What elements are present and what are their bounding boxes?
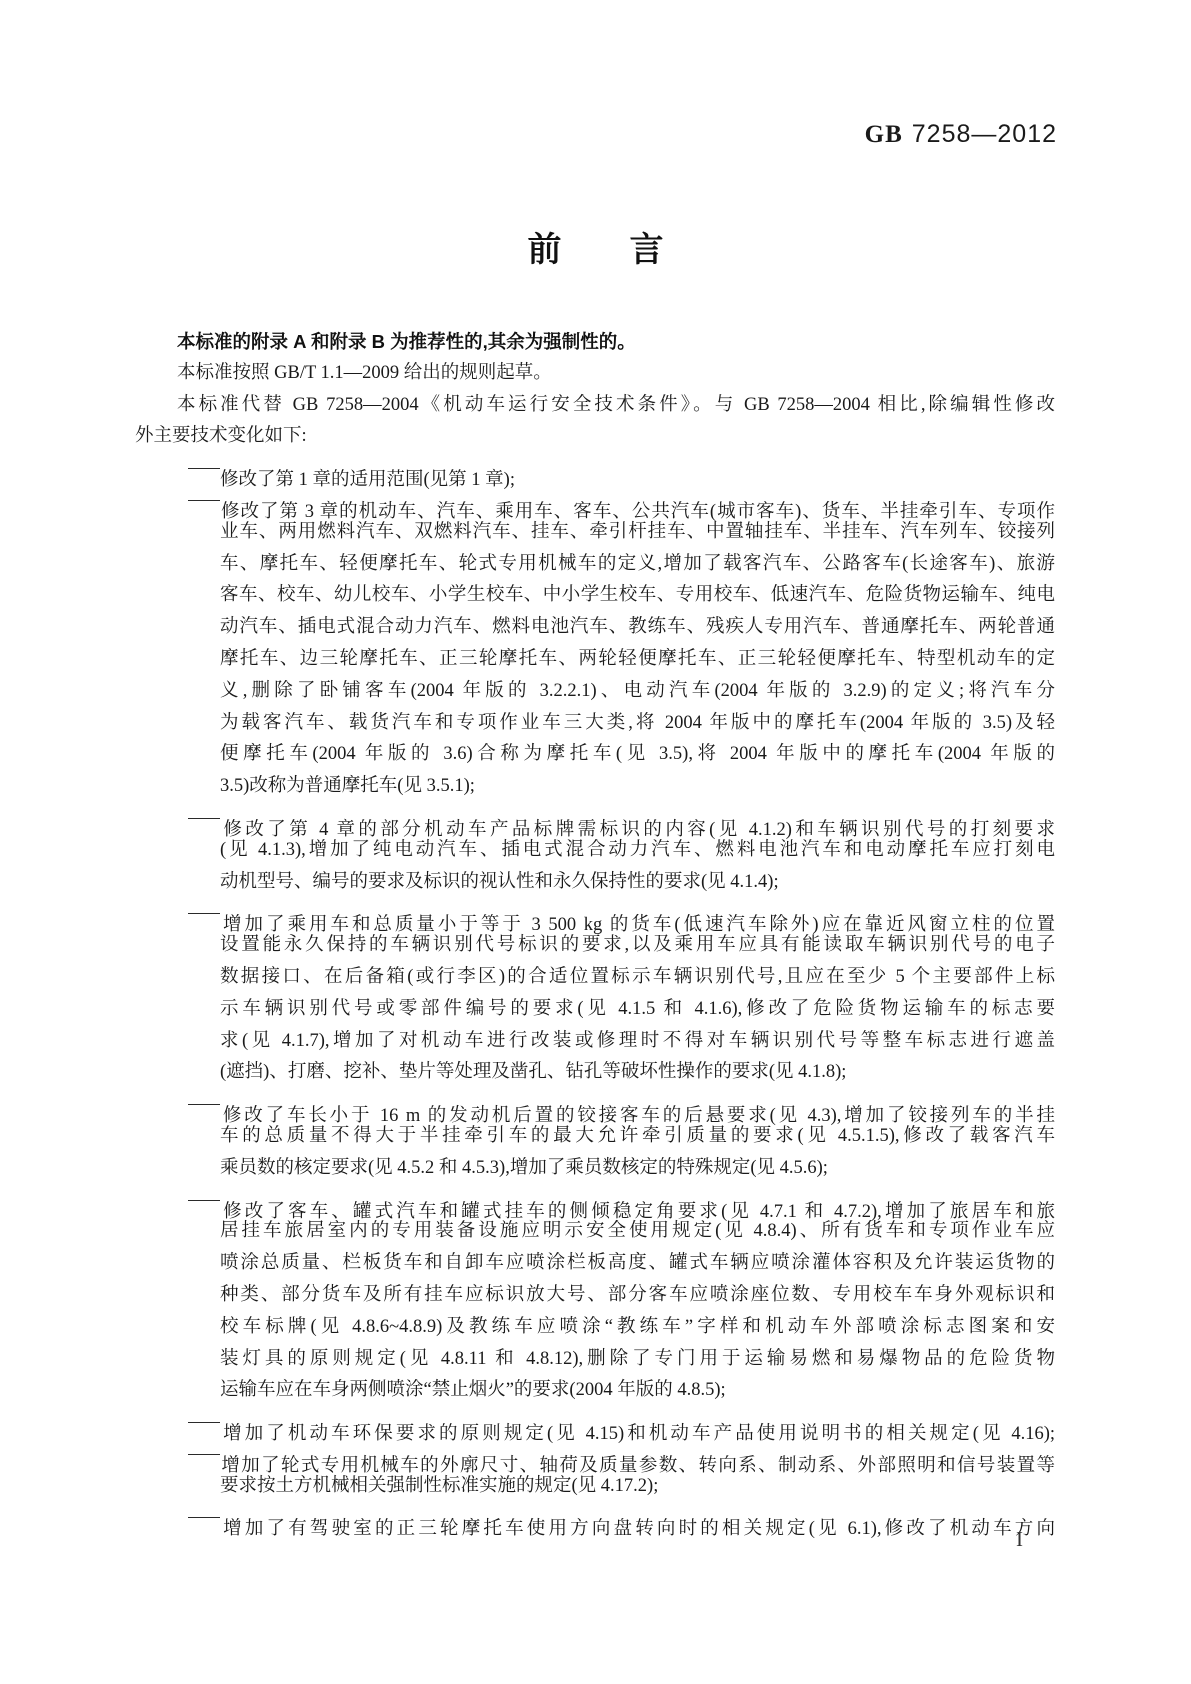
text-line: ——增加了轮式专用机械车的外廓尺寸、轴荷及质量参数、转向系、制动系、外部照明和信… [135, 1439, 1055, 1471]
text-line: 装灯具的原则规定(见 4.8.11 和 4.8.12),删除了专门用于运输易燃和… [135, 1344, 1055, 1376]
text-line: ——修改了第 3 章的机动车、汽车、乘用车、客车、公共汽车(城市客车)、货车、半… [135, 485, 1055, 517]
standard-number-prefix: GB [865, 121, 903, 148]
foreword-body: 本标准的附录 A 和附录 B 为推荐性的,其余为强制性的。本标准按照 GB/T … [135, 326, 1055, 1534]
list-dash-marker: —— [188, 453, 220, 485]
text-line: 动汽车、插电式混合动力汽车、燃料电池汽车、教练车、残疾人专用汽车、普通摩托车、两… [135, 612, 1055, 644]
text-line: 示车辆识别代号或零部件编号的要求(见 4.1.5 和 4.1.6),修改了危险货… [135, 994, 1055, 1026]
text-line: 便摩托车(2004 年版的 3.6)合称为摩托车(见 3.5),将 2004 年… [135, 739, 1055, 771]
list-dash-marker: —— [188, 803, 220, 835]
change-list-item: ——增加了有驾驶室的正三轮摩托车使用方向盘转向时的相关规定(见 6.1),修改了… [135, 1502, 1055, 1534]
text-line: 种类、部分货车及所有挂车应标识放大号、部分客车应喷涂座位数、专用校车车身外观标识… [135, 1280, 1055, 1312]
text-line: ——修改了第 1 章的适用范围(见第 1 章); [135, 453, 1055, 485]
text-line: ——增加了机动车环保要求的原则规定(见 4.15)和机动车产品使用说明书的相关规… [135, 1407, 1055, 1439]
list-dash-marker: —— [188, 485, 220, 517]
page-title: 前 言 [0, 222, 1191, 271]
text-line: 本标准代替 GB 7258—2004《机动车运行安全技术条件》。与 GB 725… [135, 390, 1055, 422]
text-line: 动机型号、编号的要求及标识的视认性和永久保持性的要求(见 4.1.4); [135, 867, 1055, 899]
text-line: (遮挡)、打磨、挖补、垫片等处理及凿孔、钻孔等破坏性操作的要求(见 4.1.8)… [135, 1057, 1055, 1089]
text-line: ——增加了有驾驶室的正三轮摩托车使用方向盘转向时的相关规定(见 6.1),修改了… [135, 1502, 1055, 1534]
text-line: 本标准按照 GB/T 1.1—2009 给出的规则起草。 [135, 358, 1055, 390]
change-list-item: ——修改了第 4 章的部分机动车产品标牌需标识的内容(见 4.1.2)和车辆识别… [135, 803, 1055, 898]
list-dash-marker: —— [188, 1185, 220, 1217]
text-line: 数据接口、在后备箱(或行李区)的合适位置标示车辆识别代号,且应在至少 5 个主要… [135, 962, 1055, 994]
change-list-item: ——修改了第 1 章的适用范围(见第 1 章); [135, 453, 1055, 485]
text-line: 外主要技术变化如下: [135, 421, 1055, 453]
text-line: 客车、校车、幼儿校车、小学生校车、中小学生校车、专用校车、低速汽车、危险货物运输… [135, 580, 1055, 612]
change-list-item: ——修改了第 3 章的机动车、汽车、乘用车、客车、公共汽车(城市客车)、货车、半… [135, 485, 1055, 803]
change-list-item: ——修改了车长小于 16 m 的发动机后置的铰接客车的后悬要求(见 4.3),增… [135, 1089, 1055, 1184]
document-page: GB7258—2012 前 言 本标准的附录 A 和附录 B 为推荐性的,其余为… [0, 0, 1191, 1684]
text-line: 摩托车、边三轮摩托车、正三轮摩托车、两轮轻便摩托车、正三轮轻便摩托车、特型机动车… [135, 644, 1055, 676]
paragraph: 本标准代替 GB 7258—2004《机动车运行安全技术条件》。与 GB 725… [135, 390, 1055, 454]
text-line: 为载客汽车、载货汽车和专项作业车三大类,将 2004 年版中的摩托车(2004 … [135, 708, 1055, 740]
change-list-item: ——增加了机动车环保要求的原则规定(见 4.15)和机动车产品使用说明书的相关规… [135, 1407, 1055, 1439]
text-line: 居挂车旅居室内的专用装备设施应明示安全使用规定(见 4.8.4)、所有货车和专项… [135, 1216, 1055, 1248]
list-dash-marker: —— [188, 1089, 220, 1121]
text-line: 车的总质量不得大于半挂牵引车的最大允许牵引质量的要求(见 4.5.1.5),修改… [135, 1121, 1055, 1153]
text-line: 义,删除了卧铺客车(2004 年版的 3.2.2.1)、电动汽车(2004 年版… [135, 676, 1055, 708]
list-dash-marker: —— [188, 1407, 220, 1439]
text-line: 3.5)改称为普通摩托车(见 3.5.1); [135, 771, 1055, 803]
text-line: 本标准的附录 A 和附录 B 为推荐性的,其余为强制性的。 [135, 326, 1055, 358]
text-line: 校车标牌(见 4.8.6~4.8.9)及教练车应喷涂“教练车”字样和机动车外部喷… [135, 1312, 1055, 1344]
text-line: ——修改了车长小于 16 m 的发动机后置的铰接客车的后悬要求(见 4.3),增… [135, 1089, 1055, 1121]
change-list-item: ——增加了轮式专用机械车的外廓尺寸、轴荷及质量参数、转向系、制动系、外部照明和信… [135, 1439, 1055, 1503]
text-line: 车、摩托车、轻便摩托车、轮式专用机械车的定义,增加了载客汽车、公路客车(长途客车… [135, 549, 1055, 581]
standard-number: GB7258—2012 [865, 120, 1057, 149]
text-line: (见 4.1.3),增加了纯电动汽车、插电式混合动力汽车、燃料电池汽车和电动摩托… [135, 835, 1055, 867]
change-list-item: ——增加了乘用车和总质量小于等于 3 500 kg 的货车(低速汽车除外)应在靠… [135, 898, 1055, 1089]
list-dash-marker: —— [188, 1502, 220, 1534]
list-dash-marker: —— [188, 1439, 220, 1471]
text-line: 求(见 4.1.7),增加了对机动车进行改装或修理时不得对车辆识别代号等整车标志… [135, 1026, 1055, 1058]
text-line: ——修改了客车、罐式汽车和罐式挂车的侧倾稳定角要求(见 4.7.1 和 4.7.… [135, 1185, 1055, 1217]
text-line: 业车、两用燃料汽车、双燃料汽车、挂车、牵引杆挂车、中置轴挂车、半挂车、汽车列车、… [135, 517, 1055, 549]
standard-number-value: 7258—2012 [912, 120, 1057, 148]
text-line: 运输车应在车身两侧喷涂“禁止烟火”的要求(2004 年版的 4.8.5); [135, 1375, 1055, 1407]
text-line: 喷涂总质量、栏板货车和自卸车应喷涂栏板高度、罐式车辆应喷涂灌体容积及允许装运货物… [135, 1248, 1055, 1280]
paragraph: 本标准按照 GB/T 1.1—2009 给出的规则起草。 [135, 358, 1055, 390]
list-dash-marker: —— [188, 898, 220, 930]
paragraph: 本标准的附录 A 和附录 B 为推荐性的,其余为强制性的。 [135, 326, 1055, 358]
text-line: ——增加了乘用车和总质量小于等于 3 500 kg 的货车(低速汽车除外)应在靠… [135, 898, 1055, 930]
text-line: ——修改了第 4 章的部分机动车产品标牌需标识的内容(见 4.1.2)和车辆识别… [135, 803, 1055, 835]
text-line: 乘员数的核定要求(见 4.5.2 和 4.5.3),增加了乘员数核定的特殊规定(… [135, 1153, 1055, 1185]
text-line: 设置能永久保持的车辆识别代号标识的要求,以及乘用车应具有能读取车辆识别代号的电子 [135, 930, 1055, 962]
page-number: I [1016, 1527, 1023, 1552]
change-list-item: ——修改了客车、罐式汽车和罐式挂车的侧倾稳定角要求(见 4.7.1 和 4.7.… [135, 1185, 1055, 1408]
